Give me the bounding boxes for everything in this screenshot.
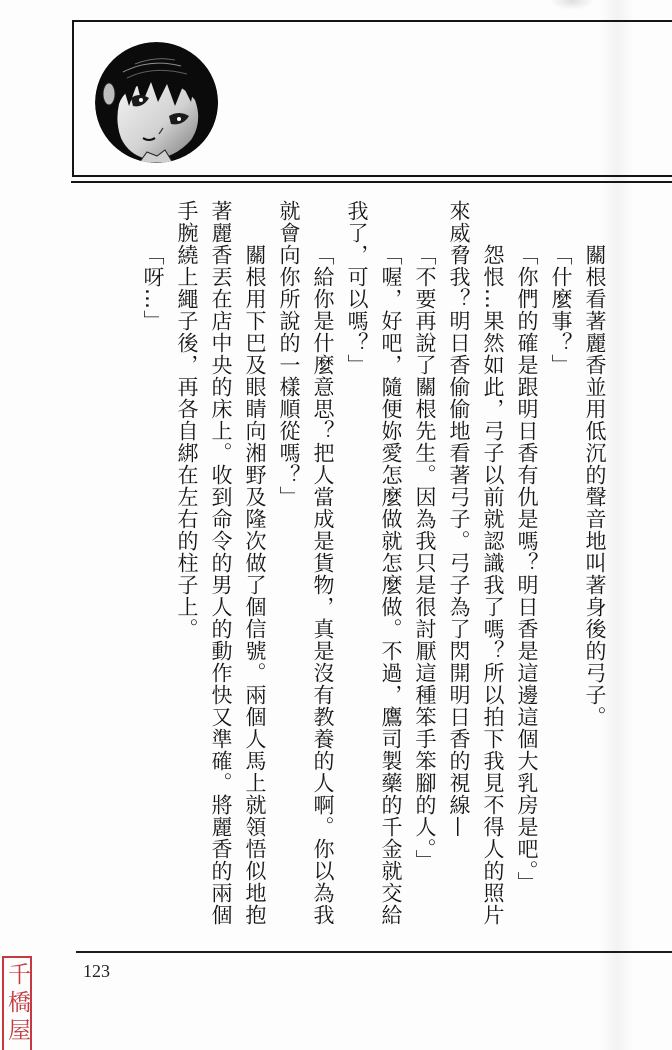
text-column: 「你們的確是跟明日香有仇是嗎？明日香是這邊這個大乳房是吧。」 — [510, 200, 544, 926]
scan-smudge — [550, 0, 594, 10]
text-column: 「什麼事？」 — [544, 200, 578, 926]
text-column: 「不要再說了關根先生。因為我只是很討厭這種笨手笨腳的人。」 — [408, 200, 442, 926]
text-column: 怨恨…果然如此，弓子以前就認識我了嗎？所以拍下我見不得人的照片 — [476, 200, 510, 926]
text-column: 著麗香丟在店中央的床上。收到命令的男人的動作快又準確。將麗香的兩個 — [204, 200, 238, 926]
text-column: 來威脅我？明日香偷偷地看著弓子。弓子為了閃開明日香的視線— — [442, 200, 476, 926]
footer-rule — [76, 951, 672, 953]
text-column: 「給你是什麼意思？把人當成是貨物，真是沒有教養的人啊。你以為我 — [306, 200, 340, 926]
body-text: 關根看著麗香並用低沉的聲音地叫著身後的弓子。 「什麼事？」 「你們的確是跟明日香… — [136, 200, 612, 926]
portrait-illustration — [95, 42, 218, 163]
text-column: 關根用下巴及眼睛向湘野及隆次做了個信號。兩個人馬上就領悟似地抱 — [238, 200, 272, 926]
text-column: 我了，可以嗎？」 — [340, 200, 374, 926]
text-column: 手腕繞上繩子後，再各自綁在左右的柱子上。 — [170, 200, 204, 926]
text-column: 關根看著麗香並用低沉的聲音地叫著身後的弓子。 — [578, 200, 612, 926]
header-underline — [71, 181, 672, 183]
text-column: 「喔，好吧，隨便妳愛怎麼做就怎麼做。不過，鷹司製藥的千金就交給 — [374, 200, 408, 926]
scanlator-stamp: 千橋屋 — [2, 956, 32, 1050]
text-column: 「呀…」 — [136, 200, 170, 926]
page-number: 123 — [83, 961, 110, 982]
text-column: 就會向你所說的一樣順從嗎？」 — [272, 200, 306, 926]
character-portrait — [95, 42, 218, 163]
stamp-text: 千橋屋 — [4, 962, 30, 1046]
